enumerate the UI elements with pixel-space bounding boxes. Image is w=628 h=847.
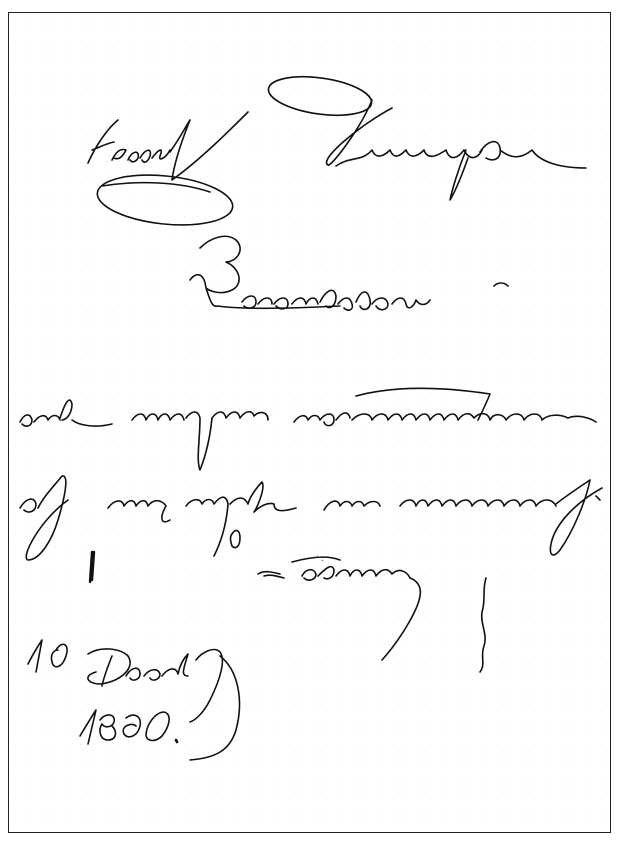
handwritten-date [28, 640, 239, 760]
handwritten-signature [90, 552, 486, 672]
handwriting [0, 0, 628, 847]
handwritten-line-body-2 [20, 476, 602, 560]
handwritten-line-addressee-1 [88, 71, 586, 231]
handwritten-line-body-1 [20, 388, 596, 470]
handwritten-line-addressee-2 [190, 236, 508, 310]
